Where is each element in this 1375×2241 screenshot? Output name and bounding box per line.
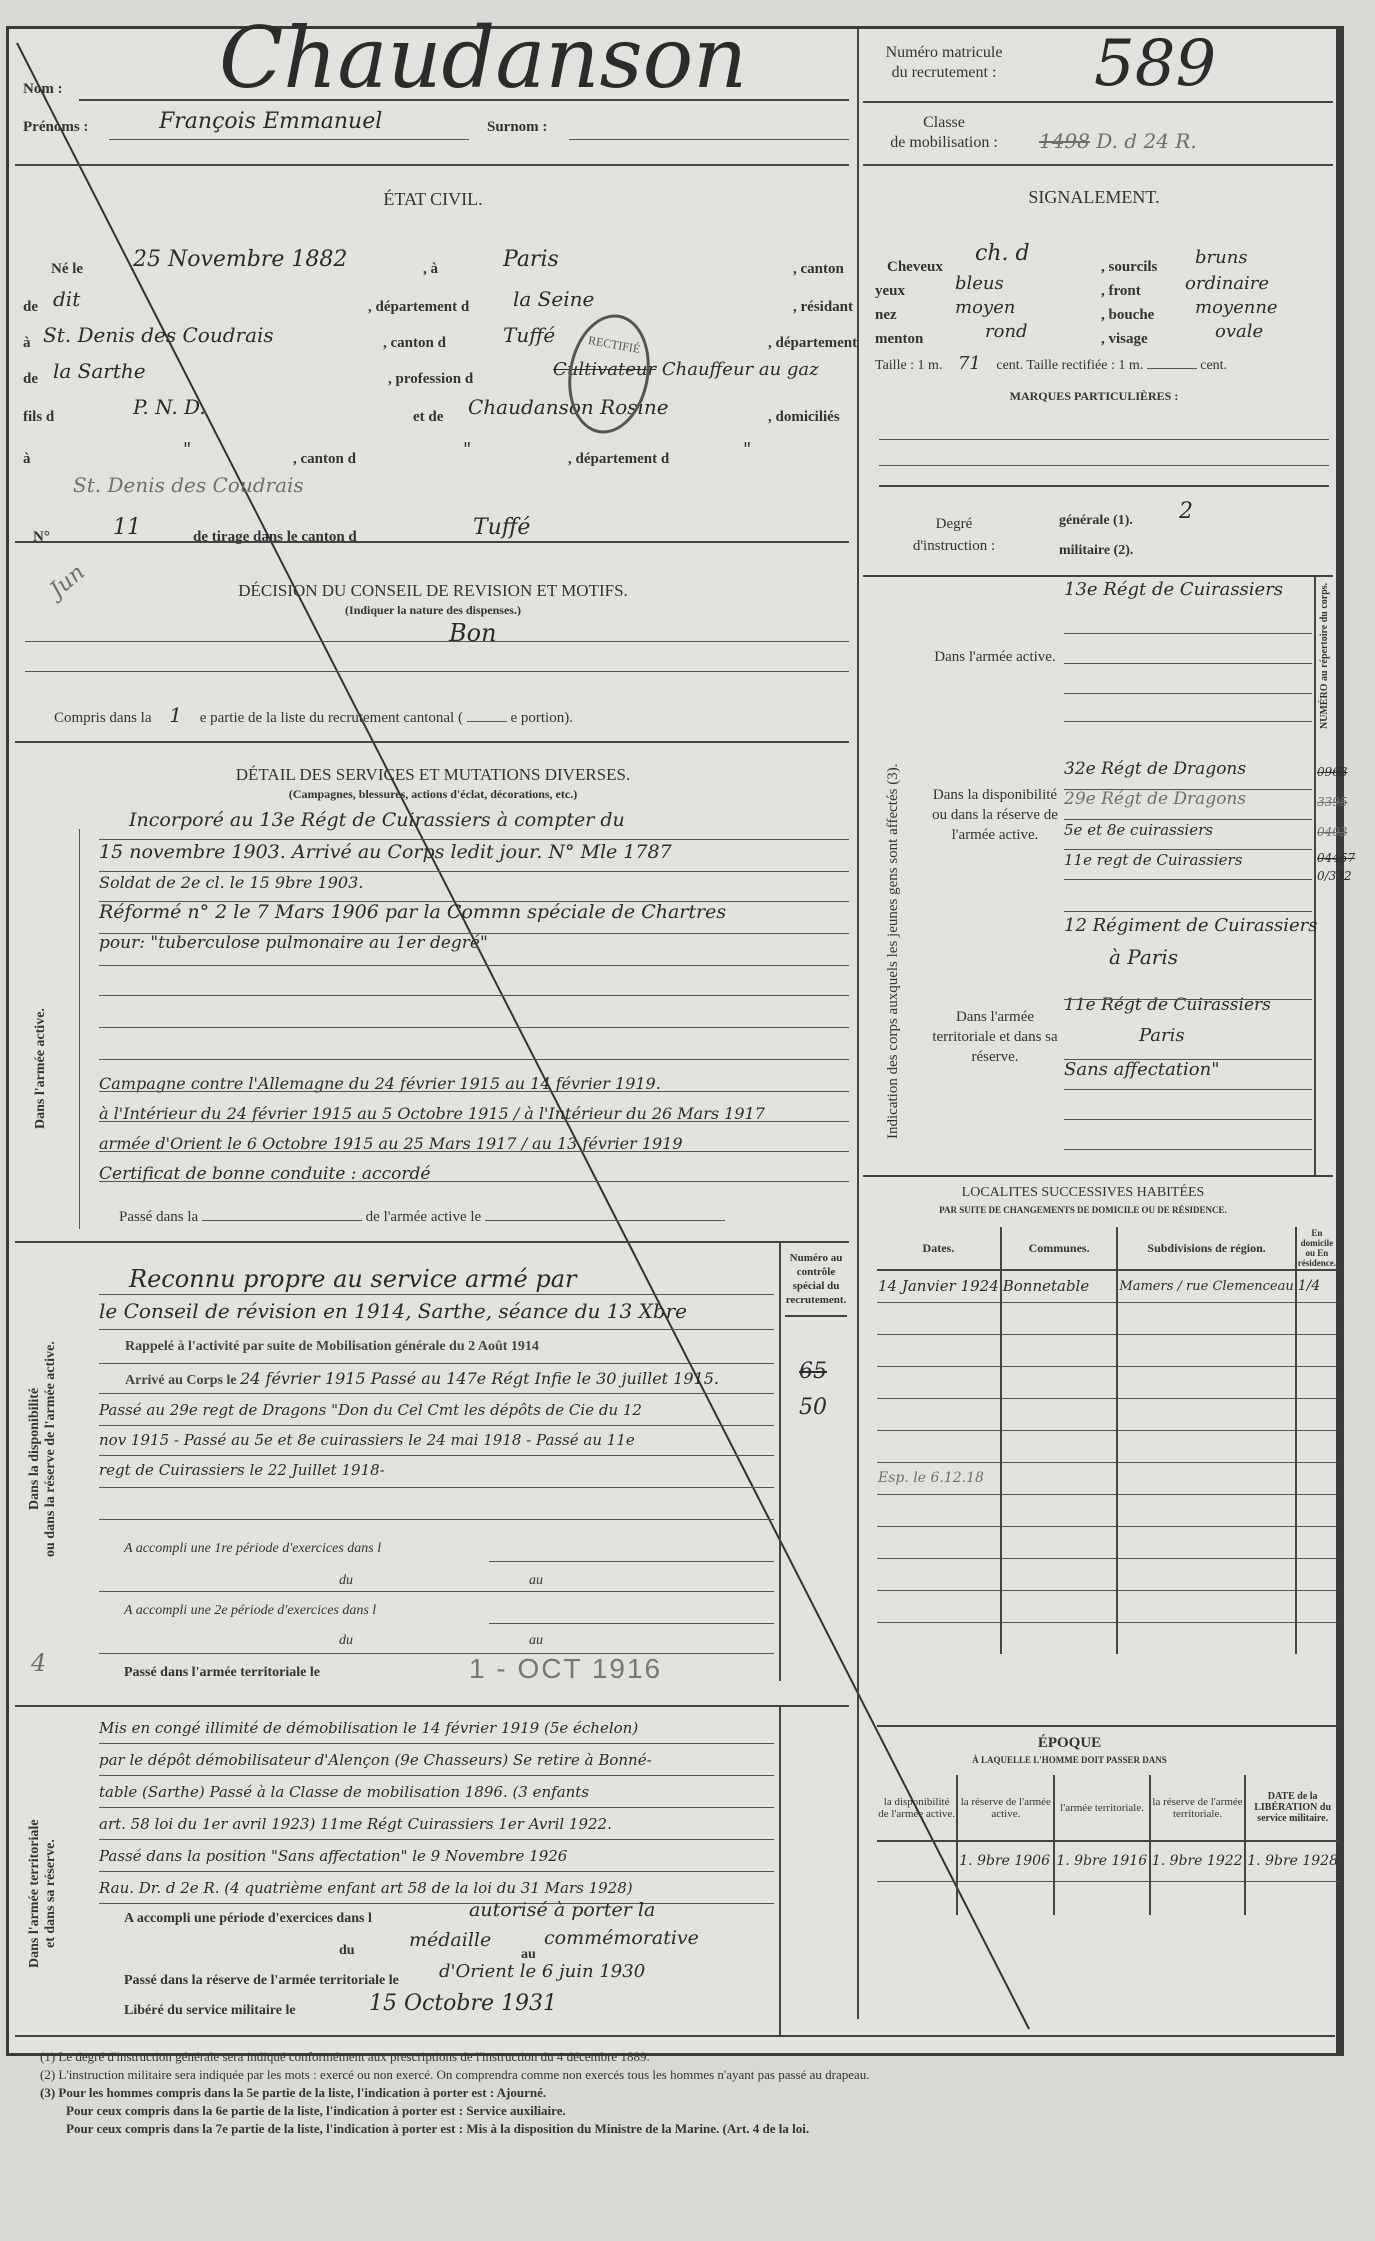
- epoque-liberation-value: 1. 9bre 1928: [1245, 1841, 1339, 1881]
- ruled-line: [1064, 999, 1312, 1000]
- services-bracket: [79, 829, 80, 1229]
- table-row: [877, 1494, 1337, 1526]
- residant-value: St. Denis des Coudrais: [43, 323, 274, 347]
- service-line: pour: "tuberculose pulmonaire au 1er deg…: [99, 933, 488, 953]
- ruled-line: [99, 871, 849, 872]
- ruled-line: [99, 1743, 774, 1744]
- decision-title: DÉCISION DU CONSEIL DE REVISION ET MOTIF…: [9, 581, 857, 601]
- ruled-line: [99, 1519, 774, 1520]
- ruled-line: [99, 1121, 849, 1122]
- affectation-dispo-label: Dans la disponibilité ou dans la réserve…: [925, 785, 1065, 845]
- tirage-canton-value: Tuffé: [473, 515, 530, 540]
- ruled-line: [99, 1871, 774, 1872]
- services-side-active: Dans l'armée active.: [33, 929, 49, 1129]
- localites-title: LOCALITES SUCCESSIVES HABITÉES: [863, 1185, 1303, 1201]
- compris-value: 1: [155, 703, 196, 727]
- ruled-line: [1064, 789, 1312, 790]
- territoriale-line: Mis en congé illimité de démobilisation …: [99, 1719, 638, 1737]
- ruled-line: [99, 1329, 774, 1330]
- classe-divider: [863, 164, 1333, 166]
- column-divider: [857, 29, 859, 2019]
- signalement-bottom-divider: [863, 575, 1333, 577]
- periode1-label: A accompli une 1re période d'exercices d…: [124, 1541, 381, 1557]
- ruled-line: [99, 1839, 774, 1840]
- lieu-naissance-value: Paris: [503, 247, 559, 272]
- periode1-au-label: au: [529, 1573, 543, 1589]
- ruled-line: [1064, 633, 1312, 634]
- territoriale-corps-value: Paris: [1139, 1025, 1185, 1046]
- menton-label: menton: [875, 331, 923, 348]
- epoque-table: la disponibilité de l'armée active. la r…: [877, 1775, 1339, 1915]
- periode1-du-label: du: [339, 1573, 353, 1589]
- col-disponibilite: la disponibilité de l'armée active.: [877, 1775, 957, 1841]
- ruled-line: [1064, 663, 1312, 664]
- territoriale-corps-value: Sans affectation": [1064, 1059, 1220, 1080]
- epoque-reserve-territoriale-value: 1. 9bre 1922: [1150, 1841, 1245, 1881]
- table-row: [877, 1430, 1337, 1462]
- territoriale-extra-value: d'Orient le 6 juin 1930: [439, 1961, 645, 1982]
- controle-value: 50: [799, 1395, 827, 1420]
- arrive-value: 24 février 1915 Passé au 147e Régt Infie…: [240, 1369, 719, 1388]
- footnote-1: (1) Le degré d'instruction générale sera…: [40, 2048, 1340, 2066]
- periode2-du-line: [99, 1653, 774, 1654]
- militaire-label: militaire (2).: [1059, 543, 1133, 559]
- ruled-line: [1064, 1059, 1312, 1060]
- table-row: [877, 1334, 1337, 1366]
- residant-label: , résidant: [793, 299, 853, 316]
- service-line: Incorporé au 13e Régt de Cuirassiers à c…: [129, 809, 625, 831]
- cheveux-value: ch. d: [975, 241, 1030, 266]
- prenoms-value: François Emmanuel: [159, 109, 382, 134]
- territoriale-corps-value: 11e Régt de Cuirassiers: [1064, 995, 1271, 1015]
- taille-rectifiee-label: cent. Taille rectifiée : 1 m.: [996, 358, 1143, 373]
- ruled-line: [1064, 1089, 1312, 1090]
- territoriale-line: par le dépôt démobilisateur d'Alençon (9…: [99, 1751, 652, 1769]
- dispo-number: 0/332: [1317, 869, 1352, 883]
- classe-value: 1498 D. d 24 R.: [1039, 129, 1197, 153]
- compris-label-3: e portion).: [510, 710, 572, 726]
- footnotes: (1) Le degré d'instruction générale sera…: [40, 2048, 1340, 2138]
- bouche-value: moyenne: [1195, 297, 1278, 318]
- rectifie-stamp: RECTIFIÉ: [559, 308, 659, 440]
- controle-struck: 65: [799, 1359, 827, 1384]
- menton-value: rond: [985, 321, 1028, 342]
- canton2-label: , canton d: [383, 335, 446, 352]
- departement-value: la Seine: [513, 287, 594, 311]
- sourcils-label: , sourcils: [1101, 259, 1157, 276]
- matricule-label-line1: Numéro matricule: [869, 43, 1019, 63]
- passe-label-1: Passé dans la: [119, 1209, 198, 1225]
- profession-label: , profession d: [388, 371, 473, 388]
- canton-prefix: de: [23, 299, 38, 316]
- prenoms-label: Prénoms :: [23, 119, 88, 136]
- ruled-line: [99, 1294, 774, 1295]
- departement2-prefix: de: [23, 371, 38, 388]
- service-line: 15 novembre 1903. Arrivé au Corps ledit …: [99, 841, 672, 863]
- arrive-label: Arrivé au Corps le: [125, 1373, 237, 1388]
- footnote-3: (3) Pour les hommes compris dans la 5e p…: [40, 2084, 1340, 2102]
- table-row: Esp. le 6.12.18: [877, 1462, 1337, 1494]
- ruled-line: [99, 1775, 774, 1776]
- footnote-3b: Pour ceux compris dans la 6e partie de l…: [40, 2102, 1340, 2120]
- periode2-du-label: du: [339, 1633, 353, 1649]
- reserve-side-label: Dans la disponibilité ou dans la réserve…: [27, 1279, 59, 1619]
- a-label: , à: [423, 261, 438, 278]
- ruled-line: [99, 1807, 774, 1808]
- marques-line: [879, 439, 1329, 440]
- col-communes: Communes.: [1001, 1227, 1118, 1270]
- territoriale-right-divider: [779, 1705, 781, 2035]
- territoriale-side-line1: Dans l'armée territoriale: [27, 1769, 43, 2019]
- footnote-3c: Pour ceux compris dans la 7e partie de l…: [40, 2120, 1340, 2138]
- matricule-value: 589: [1094, 27, 1216, 101]
- ruled-line: [1064, 721, 1312, 722]
- footnote-2: (2) L'instruction militaire sera indiqué…: [40, 2066, 1340, 2084]
- compris-label-1: Compris dans la: [54, 710, 152, 726]
- prenoms-underline: [109, 139, 469, 140]
- dispo-value: 32e Régt de Dragons: [1064, 759, 1246, 779]
- nez-value: moyen: [955, 297, 1015, 318]
- decision-subtitle: (Indiquer la nature des dispenses.): [9, 603, 857, 618]
- cheveux-label: Cheveux: [887, 259, 943, 276]
- signalement-title: SIGNALEMENT.: [859, 187, 1329, 208]
- tirage-label: de tirage dans le canton d: [193, 529, 357, 546]
- periode2-label: A accompli une 2e période d'exercices da…: [124, 1603, 376, 1619]
- taille-label: Taille : 1 m.: [875, 358, 942, 373]
- territoriale-line: table (Sarthe) Passé à la Classe de mobi…: [99, 1783, 589, 1801]
- ruled-line: [99, 1091, 849, 1092]
- matricule-label: Numéro matricule du recrutement :: [869, 43, 1019, 83]
- reserve-line: Passé au 29e regt de Dragons "Don du Cel…: [99, 1401, 642, 1419]
- reserve-line: nov 1915 - Passé au 5e et 8e cuirassiers…: [99, 1431, 635, 1449]
- periode1-du-line: [99, 1591, 774, 1592]
- nez-label: nez: [875, 307, 897, 324]
- territoriale-date-stamp: 1 - OCT 1916: [469, 1653, 662, 1685]
- nom-underline: [79, 99, 849, 101]
- visage-label: , visage: [1101, 331, 1148, 348]
- dom-dep-label: , département d: [568, 451, 669, 468]
- affectation-side-label: Indication des corps auxquels les jeunes…: [885, 629, 902, 1139]
- epoque-territoriale-value: 1. 9bre 1916: [1054, 1841, 1149, 1881]
- dom-a-value: ": [183, 439, 191, 460]
- ruled-line: [99, 995, 849, 996]
- periode2-line: [489, 1623, 774, 1624]
- localites-bottom-divider: [877, 1725, 1337, 1727]
- canton2-value: Tuffé: [503, 323, 555, 347]
- territoriale-du-value: médaille: [409, 1929, 491, 1951]
- territoriale-du-label: du: [339, 1943, 355, 1959]
- departement2-label: , département: [768, 335, 857, 352]
- reserve-line: Reconnu propre au service armé par: [129, 1265, 577, 1293]
- ruled-line: [1064, 693, 1312, 694]
- epoque-row: 1. 9bre 1906 1. 9bre 1916 1. 9bre 1922 1…: [877, 1841, 1339, 1881]
- bouche-label: , bouche: [1101, 307, 1154, 324]
- marques-title: MARQUES PARTICULIÈRES :: [859, 389, 1329, 404]
- cell-commune: Bonnetable: [1001, 1270, 1118, 1302]
- ruled-line: [1064, 911, 1312, 912]
- tirage-no-label: N°: [33, 529, 50, 546]
- generale-value: 2: [1179, 499, 1193, 524]
- services-title: DÉTAIL DES SERVICES ET MUTATIONS DIVERSE…: [9, 765, 857, 785]
- dispo-number: 04457: [1317, 851, 1355, 865]
- table-row: [877, 1398, 1337, 1430]
- reserve-line: le Conseil de révision en 1914, Sarthe, …: [99, 1299, 687, 1323]
- compris-row: Compris dans la 1 e partie de la liste d…: [54, 703, 573, 727]
- ruled-line: [99, 965, 849, 966]
- canton-value: dit: [53, 287, 80, 311]
- rappele-label: Rappelé à l'activité par suite de Mobili…: [125, 1339, 539, 1355]
- cell-date: Esp. le 6.12.18: [877, 1462, 1001, 1494]
- ruled-line: [99, 1027, 849, 1028]
- territoriale-corps-value: 12 Régiment de Cuirassiers: [1064, 915, 1317, 936]
- header-divider: [15, 164, 849, 166]
- degre-label-line2: d'instruction :: [889, 535, 1019, 557]
- sourcils-value: bruns: [1195, 247, 1248, 268]
- col-subdivisions: Subdivisions de région.: [1117, 1227, 1295, 1270]
- dom-extra-value: St. Denis des Coudrais: [73, 473, 304, 497]
- dispo-number: 3395: [1317, 795, 1348, 809]
- territoriale-line: Rau. Dr. d 2e R. (4 quatrième enfant art…: [99, 1879, 633, 1897]
- canton-label: , canton: [793, 261, 844, 278]
- dispo-number: 0963: [1317, 765, 1348, 779]
- table-row: [877, 1558, 1337, 1590]
- fils-label: fils d: [23, 409, 54, 426]
- affectation-bottom-divider: [863, 1175, 1333, 1177]
- table-row: [877, 1526, 1337, 1558]
- territoriale-corps-value: à Paris: [1109, 945, 1178, 969]
- reserve-bottom-divider: [15, 1705, 849, 1707]
- ruled-line: [1064, 1119, 1312, 1120]
- degre-label: Degré d'instruction :: [889, 513, 1019, 557]
- dispo-number: 0403: [1317, 825, 1348, 839]
- ruled-line: [99, 1425, 774, 1426]
- taille-cent-label: cent.: [1200, 358, 1227, 373]
- passe-row: Passé dans la de l'armée active le: [119, 1209, 725, 1226]
- classe-current-value: D. d 24 R.: [1096, 129, 1196, 153]
- degre-label-line1: Degré: [889, 513, 1019, 535]
- ruled-line: [1064, 849, 1312, 850]
- departement2-value: la Sarthe: [53, 359, 146, 383]
- dispo-value: 5e et 8e cuirassiers: [1064, 821, 1213, 839]
- taille-value: 71: [946, 353, 993, 374]
- cell-subdivision: Mamers / rue Clemenceau: [1117, 1270, 1295, 1302]
- territoriale-periode-value: autorisé à porter la: [469, 1899, 655, 1921]
- yeux-label: yeux: [875, 283, 905, 300]
- territoriale-line: art. 58 loi du 1er avril 1923) 11me Régt…: [99, 1815, 612, 1833]
- periode1-line: [489, 1561, 774, 1562]
- affectation-territoriale-label: Dans l'armée territoriale et dans sa rés…: [925, 1007, 1065, 1067]
- decision-line-2: [25, 671, 849, 672]
- front-label: , front: [1101, 283, 1141, 300]
- territoriale-side-label: Dans l'armée territoriale et dans sa rés…: [27, 1769, 59, 2019]
- territoriale-line: Passé dans la position "Sans affectation…: [99, 1847, 567, 1865]
- repertoire-divider: [1314, 575, 1316, 1175]
- classe-label: Classe de mobilisation :: [869, 113, 1019, 153]
- yeux-value: bleus: [955, 273, 1004, 294]
- surnom-label: Surnom :: [487, 119, 547, 136]
- ruled-line: [99, 901, 849, 902]
- passe-label-2: de l'armée active le: [366, 1209, 482, 1225]
- ruled-line: [99, 1181, 849, 1182]
- departement-label: , département d: [368, 299, 469, 316]
- ruled-line: [1064, 819, 1312, 820]
- dom-canton-value: ": [463, 439, 471, 460]
- ruled-line: [99, 1393, 774, 1394]
- domicilies-label: , domiciliés: [768, 409, 840, 426]
- residant-a-label: à: [23, 335, 31, 352]
- reserve-side-line2: ou dans la réserve de l'armée active.: [43, 1279, 59, 1619]
- periode2-au-label: au: [529, 1633, 543, 1649]
- libere-value: 15 Octobre 1931: [369, 1991, 557, 2016]
- dispo-value: 29e Régt de Dragons: [1064, 789, 1246, 809]
- epoque-title: ÉPOQUE: [877, 1735, 1262, 1752]
- affectation-active-label: Dans l'armée active.: [925, 649, 1065, 666]
- arrive-row: Arrivé au Corps le 24 février 1915 Passé…: [125, 1369, 719, 1389]
- ruled-line: [99, 1487, 774, 1488]
- classe-struck-value: 1498: [1039, 129, 1090, 153]
- table-row: 14 Janvier 1924 Bonnetable Mamers / rue …: [877, 1270, 1337, 1302]
- etat-civil-bottom-divider: [15, 541, 849, 543]
- services-bottom-divider: [15, 1241, 849, 1243]
- ruled-line: [99, 1455, 774, 1456]
- matricule-label-line2: du recrutement :: [869, 63, 1019, 83]
- controle-divider: [779, 1241, 781, 1681]
- dom-a-label: à: [23, 451, 31, 468]
- epoque-row: [877, 1881, 1339, 1915]
- localites-subtitle: PAR SUITE DE CHANGEMENTS DE DOMICILE OU …: [863, 1205, 1303, 1215]
- decision-line-1: [25, 641, 849, 642]
- nom-label: Nom :: [23, 81, 63, 98]
- territoriale-side-line2: et dans sa réserve.: [43, 1769, 59, 2019]
- front-value: ordinaire: [1185, 273, 1269, 294]
- marques-line: [879, 485, 1329, 487]
- ruled-line: [99, 839, 849, 840]
- pere-value: P. N. D.: [133, 395, 206, 419]
- surnom-underline: [569, 139, 849, 140]
- ruled-line: [99, 1151, 849, 1152]
- classe-label-line1: Classe: [869, 113, 1019, 133]
- dom-dep-value: ": [743, 439, 751, 460]
- services-subtitle: (Campagnes, blessures, actions d'éclat, …: [9, 787, 857, 802]
- table-row: [877, 1366, 1337, 1398]
- table-row: [877, 1622, 1337, 1654]
- registre-matricule-sheet: Chaudanson Nom : Prénoms : François Emma…: [6, 26, 1344, 2056]
- ruled-line: [1064, 1149, 1312, 1150]
- reserve-territoriale-label: Passé dans la réserve de l'armée territo…: [124, 1973, 399, 1989]
- nom-value: Chaudanson: [219, 9, 747, 107]
- controle-underline: [785, 1315, 847, 1317]
- col-dates: Dates.: [877, 1227, 1001, 1270]
- footnotes-divider: [15, 2035, 1335, 2037]
- etat-civil-title: ÉTAT CIVIL.: [9, 189, 857, 210]
- ruled-line: [99, 933, 849, 934]
- dispo-value: 11e regt de Cuirassiers: [1064, 851, 1242, 869]
- territoriale-au-value: commémorative: [544, 1927, 699, 1949]
- controle-label: Numéro au contrôle spécial du recrutemen…: [785, 1251, 847, 1307]
- cell-domicile: 1/4: [1296, 1270, 1337, 1302]
- taille-row: Taille : 1 m. 71 cent. Taille rectifiée …: [875, 353, 1227, 374]
- matricule-divider: [863, 101, 1333, 103]
- ruled-line: [99, 1903, 774, 1904]
- ruled-line: [99, 1363, 774, 1364]
- visage-value: ovale: [1215, 321, 1263, 342]
- col-domicile: En domicile ou En résidence.: [1296, 1227, 1337, 1270]
- et-de-label: et de: [413, 409, 443, 426]
- epoque-subtitle: À LAQUELLE L'HOMME DOIT PASSER DANS: [877, 1755, 1262, 1765]
- generale-label: générale (1).: [1059, 513, 1133, 529]
- table-row: [877, 1590, 1337, 1622]
- service-line: Soldat de 2e cl. le 15 9bre 1903.: [99, 873, 363, 892]
- ne-le-value: 25 Novembre 1882: [133, 247, 347, 272]
- classe-label-line2: de mobilisation :: [869, 133, 1019, 153]
- ruled-line: [99, 1059, 849, 1060]
- reserve-margin-mark: 4: [31, 1649, 46, 1677]
- repertoire-label: NUMÉRO au répertoire du corps.: [1319, 589, 1330, 729]
- compris-label-2: e partie de la liste du recrutement cant…: [200, 710, 463, 726]
- reserve-side-line1: Dans la disponibilité: [27, 1279, 43, 1619]
- decision-bottom-divider: [15, 741, 849, 743]
- dom-canton-label: , canton d: [293, 451, 356, 468]
- epoque-disponibilite-value: [877, 1841, 957, 1881]
- ruled-line: [1064, 879, 1312, 880]
- col-territoriale: l'armée territoriale.: [1054, 1775, 1149, 1841]
- profession-current: Chauffeur au gaz: [662, 359, 819, 380]
- affectation-active-value: 13e Régt de Cuirassiers: [1064, 579, 1283, 600]
- col-reserve-territoriale: la réserve de l'armée territoriale.: [1150, 1775, 1245, 1841]
- localites-table: Dates. Communes. Subdivisions de région.…: [877, 1227, 1337, 1654]
- reserve-line: regt de Cuirassiers le 22 Juillet 1918-: [99, 1461, 385, 1479]
- libere-label: Libéré du service militaire le: [124, 2003, 296, 2019]
- cell-date: 14 Janvier 1924: [877, 1270, 1001, 1302]
- marques-line: [879, 465, 1329, 466]
- service-line: Réformé n° 2 le 7 Mars 1906 par la Commn…: [99, 901, 726, 923]
- decision-value: Bon: [449, 619, 497, 647]
- territoriale-periode-label: A accompli une période d'exercices dans …: [124, 1911, 372, 1927]
- col-reserve-active: la réserve de l'armée active.: [957, 1775, 1054, 1841]
- territoriale-passage-label: Passé dans l'armée territoriale le: [124, 1665, 320, 1681]
- ne-le-label: Né le: [51, 261, 83, 278]
- tirage-no-value: 11: [113, 515, 141, 540]
- table-row: [877, 1302, 1337, 1334]
- epoque-reserve-active-value: 1. 9bre 1906: [957, 1841, 1054, 1881]
- col-liberation: DATE de la LIBÉRATION du service militai…: [1245, 1775, 1339, 1841]
